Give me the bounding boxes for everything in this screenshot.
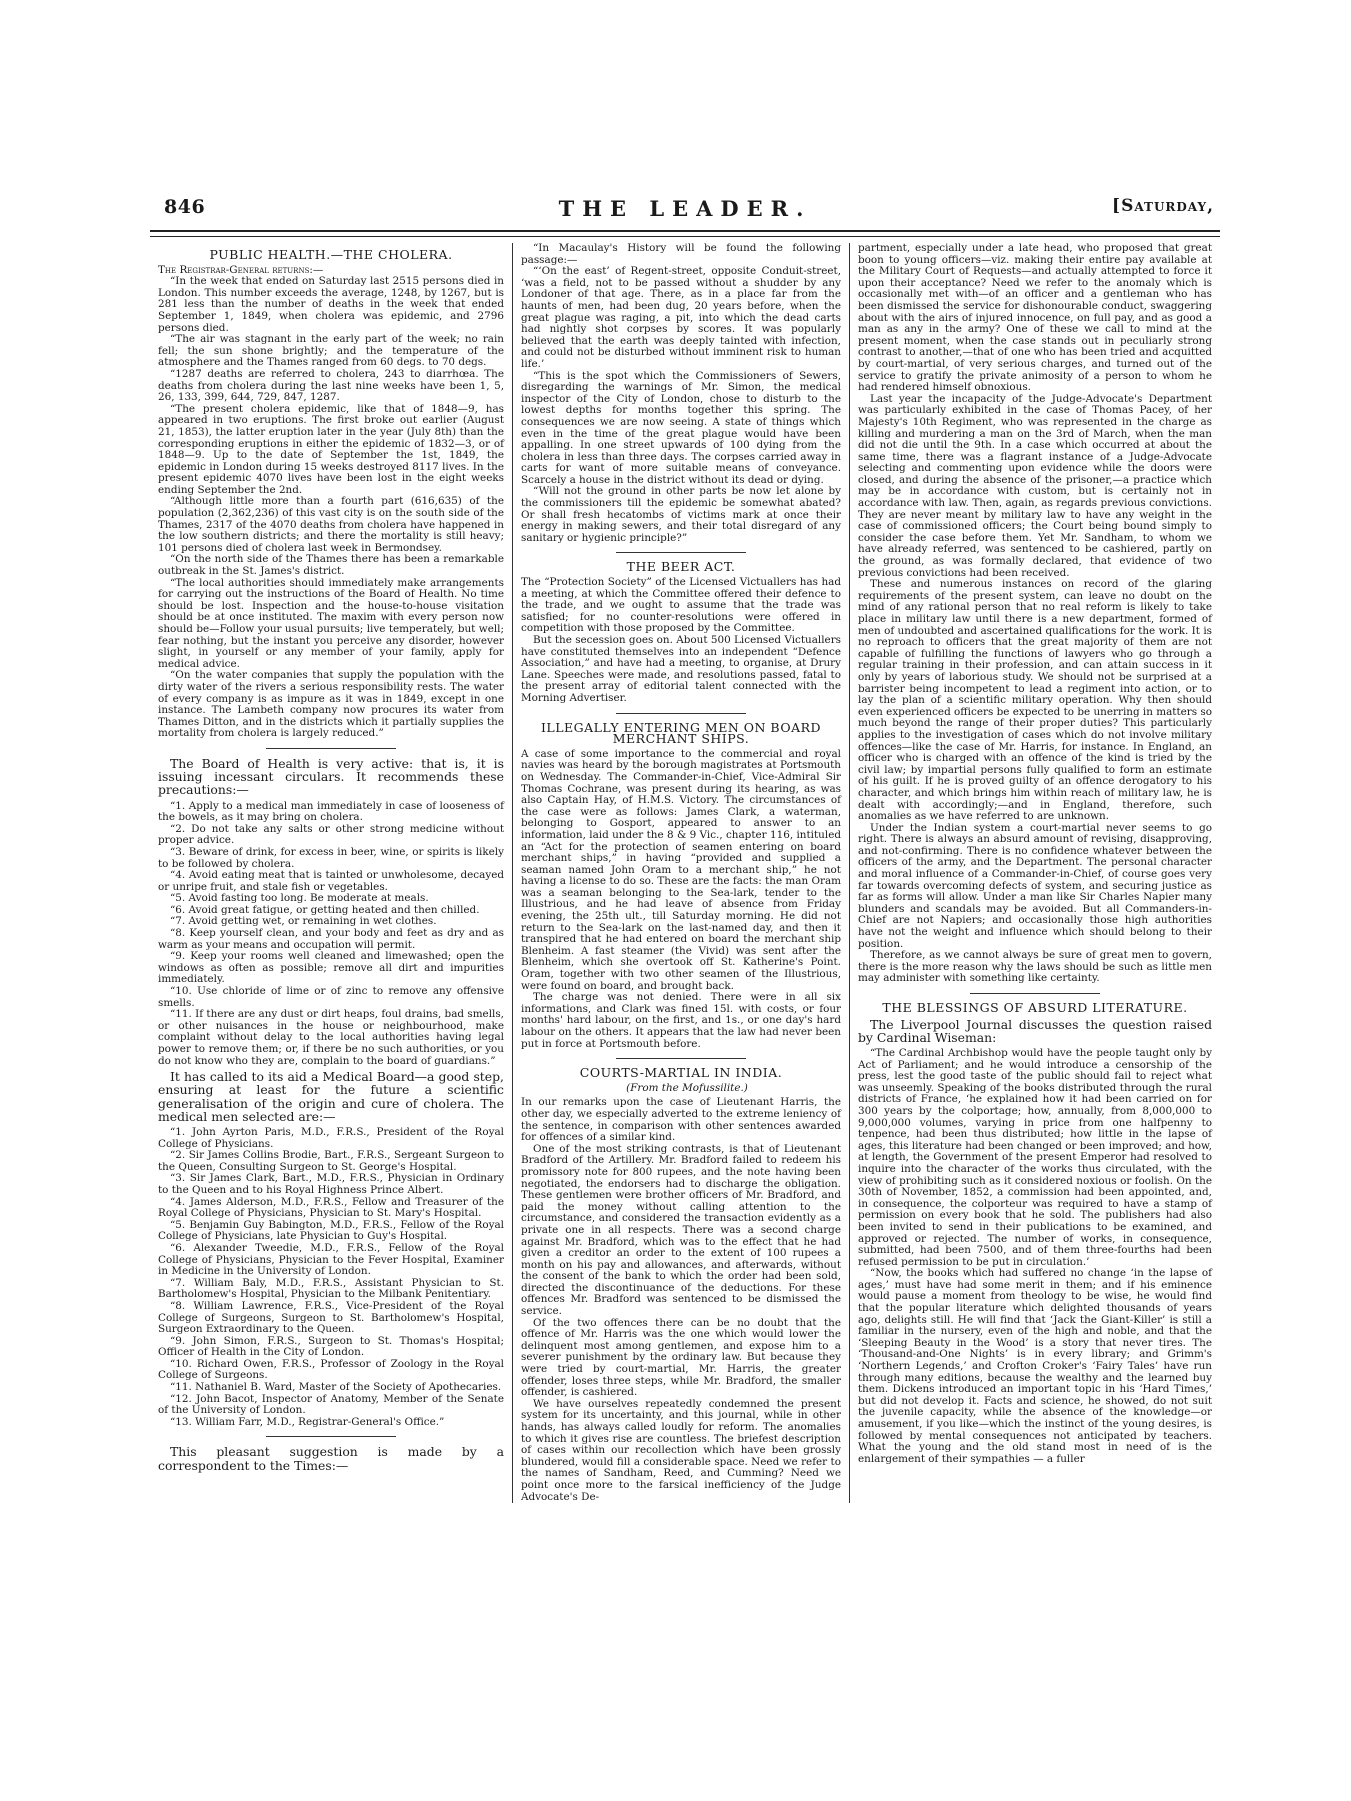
closing-paragraph: This pleasant suggestion is made by a co…: [158, 1445, 504, 1471]
article-source: (From the Mofussilite.): [521, 1083, 841, 1095]
paragraph: “In the week that ended on Saturday last…: [158, 276, 504, 334]
paragraph: “On the water companies that supply the …: [158, 670, 504, 740]
column-2: “In Macaulay's History will be found the…: [512, 243, 849, 1503]
separator-rule: [970, 993, 1100, 994]
paragraph: Therefore, as we cannot always be sure o…: [858, 950, 1212, 985]
paragraph: “9. Keep your rooms well cleaned and lim…: [158, 951, 504, 986]
paragraph: Under the Indian system a court-martial …: [858, 823, 1212, 951]
paragraph: “This is the spot which the Commissioner…: [521, 371, 841, 487]
paragraph: “3. Beware of drink, for excess in beer,…: [158, 847, 504, 870]
paragraph: “9. John Simon, F.R.S., Surgeon to St. T…: [158, 1336, 504, 1359]
paragraph: The charge was not denied. There were in…: [521, 992, 841, 1050]
paragraph: These and numerous instances on record o…: [858, 579, 1212, 822]
column-1: PUBLIC HEALTH.—THE CHOLERA. The Registra…: [150, 243, 512, 1503]
paragraph: “8. Keep yourself clean, and your body a…: [158, 928, 504, 951]
paragraph: “The Cardinal Archbishop would have the …: [858, 1048, 1212, 1268]
merchant-ships-paragraphs: A case of some importance to the commerc…: [521, 749, 841, 1050]
literature-paragraphs: “The Cardinal Archbishop would have the …: [858, 1048, 1212, 1465]
separator-rule: [616, 713, 746, 714]
paragraph: “11. If there are any dust or dirt heaps…: [158, 1009, 504, 1067]
cholera-paragraphs: “In the week that ended on Saturday last…: [158, 276, 504, 740]
paragraph: “The local authorities should immediatel…: [158, 578, 504, 671]
newspaper-page: 846 THE LEADER. [Saturday, PUBLIC HEALTH…: [150, 196, 1220, 1503]
paragraph: “1287 deaths are referred to cholera, 24…: [158, 369, 504, 404]
paragraph: The “Protection Society” of the Licensed…: [521, 577, 841, 635]
paragraph: Last year the incapacity of the Judge-Ad…: [858, 394, 1212, 580]
paragraph: “6. Alexander Tweedie, M.D., F.R.S., Fel…: [158, 1243, 504, 1278]
paragraph: “‘On the east’ of Regent-street, opposit…: [521, 266, 841, 370]
paragraph: “11. Nathaniel B. Ward, Master of the So…: [158, 1382, 504, 1394]
paragraph: “Now, the books which had suffered no ch…: [858, 1268, 1212, 1465]
paragraph: “10. Richard Owen, F.R.S., Professor of …: [158, 1359, 504, 1382]
separator-rule: [266, 1436, 396, 1437]
paragraph: “4. Avoid eating meat that is tainted or…: [158, 870, 504, 893]
separator-rule: [616, 552, 746, 553]
paragraph: “3. Sir James Clark, Bart., M.D., F.R.S.…: [158, 1173, 504, 1196]
paragraph: “8. William Lawrence, F.R.S., Vice-Presi…: [158, 1301, 504, 1336]
paragraph: But the secession goes on. About 500 Lic…: [521, 635, 841, 705]
paragraph: “13. William Farr, M.D., Registrar-Gener…: [158, 1417, 504, 1429]
masthead-rule: [150, 230, 1220, 237]
paragraph: “5. Benjamin Guy Babington, M.D., F.R.S.…: [158, 1220, 504, 1243]
newspaper-title: THE LEADER.: [150, 196, 1220, 221]
article-heading-absurd-literature: THE BLESSINGS OF ABSURD LITERATURE.: [858, 1002, 1212, 1014]
separator-rule: [616, 1058, 746, 1059]
article-heading-beer-act: THE BEER ACT.: [521, 561, 841, 573]
paragraph: One of the most striking contrasts, is t…: [521, 1144, 841, 1318]
macaulay-paragraphs: “‘On the east’ of Regent-street, opposit…: [521, 266, 841, 544]
paragraph: A case of some importance to the commerc…: [521, 749, 841, 992]
paragraph: “1. Apply to a medical man immediately i…: [158, 801, 504, 824]
beer-act-paragraphs: The “Protection Society” of the Licensed…: [521, 577, 841, 705]
courts-martial-paragraphs: In our remarks upon the case of Lieutena…: [521, 1097, 841, 1503]
paragraph: “12. John Bacot, Inspector of Anatomy, M…: [158, 1394, 504, 1417]
paragraph: “10. Use chloride of lime or of zinc to …: [158, 986, 504, 1009]
masthead: 846 THE LEADER. [Saturday,: [150, 196, 1220, 224]
separator-rule: [266, 748, 396, 749]
paragraph: In our remarks upon the case of Lieutena…: [521, 1097, 841, 1143]
article-heading-courts-martial: COURTS-MARTIAL IN INDIA.: [521, 1067, 841, 1079]
paragraph: We have ourselves repeatedly condemned t…: [521, 1399, 841, 1503]
board-paragraph: The Board of Health is very active: that…: [158, 757, 504, 797]
paragraph: partment, especially under a late head, …: [858, 243, 1212, 394]
paragraph: “On the north side of the Thames there h…: [158, 554, 504, 577]
paragraph: “1. John Ayrton Paris, M.D., F.R.S., Pre…: [158, 1127, 504, 1150]
article-heading-cholera: PUBLIC HEALTH.—THE CHOLERA.: [158, 249, 504, 261]
paragraph: “7. William Baly, M.D., F.R.S., Assistan…: [158, 1278, 504, 1301]
article-heading-merchant-ships: ILLEGALLY ENTERING MEN ON BOARD MERCHANT…: [521, 722, 841, 745]
macaulay-intro: “In Macaulay's History will be found the…: [521, 243, 841, 266]
paragraph: “Will not the ground in other parts be n…: [521, 486, 841, 544]
courts-martial-continued: partment, especially under a late head, …: [858, 243, 1212, 985]
paragraph: “2. Sir James Collins Brodie, Bart., F.R…: [158, 1150, 504, 1173]
paragraph: Of the two offences there can be no doub…: [521, 1318, 841, 1399]
paragraph: “4. James Alderson, M.D., F.R.S., Fellow…: [158, 1197, 504, 1220]
column-3: partment, especially under a late head, …: [849, 243, 1220, 1503]
paragraph: “Although little more than a fourth part…: [158, 496, 504, 554]
paragraph: “The air was stagnant in the early part …: [158, 334, 504, 369]
medical-men-list: “1. John Ayrton Paris, M.D., F.R.S., Pre…: [158, 1127, 504, 1428]
issue-day: [Saturday,: [1112, 196, 1214, 216]
medical-board-paragraph: It has called to its aid a Medical Board…: [158, 1070, 504, 1123]
columns: PUBLIC HEALTH.—THE CHOLERA. The Registra…: [150, 243, 1220, 1503]
literature-intro: The Liverpool Journal discusses the ques…: [858, 1018, 1212, 1044]
paragraph: “2. Do not take any salts or other stron…: [158, 824, 504, 847]
paragraph: “The present cholera epidemic, like that…: [158, 404, 504, 497]
precautions-list: “1. Apply to a medical man immediately i…: [158, 801, 504, 1068]
